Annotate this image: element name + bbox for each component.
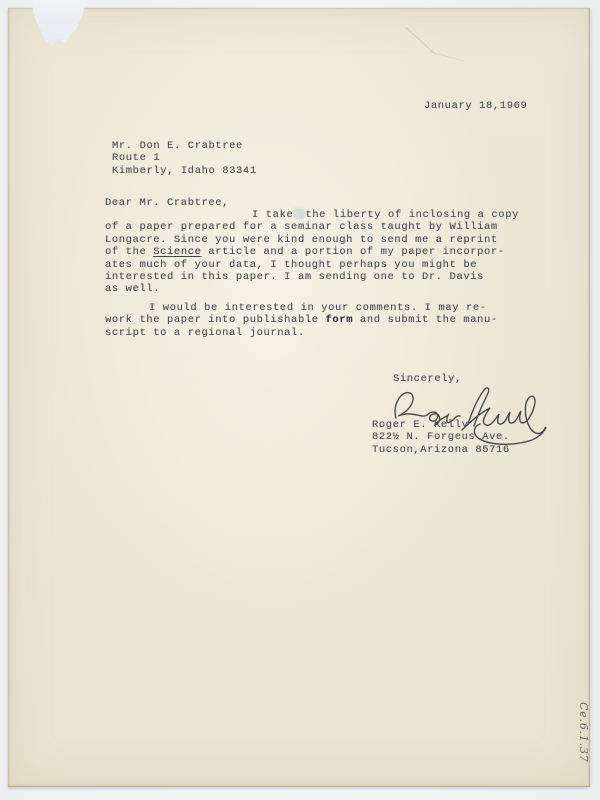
recipient-line: Route 1 — [112, 152, 257, 164]
recipient-address: Mr. Don E. Crabtree Route 1 Kimberly, Id… — [112, 140, 257, 177]
body-text: the liberty of inclosing a copy — [305, 209, 519, 221]
body-line: ates much of your data, I thought perhap… — [105, 259, 519, 271]
underlined-word-science: Science — [153, 246, 201, 258]
erasure-smudge — [294, 209, 304, 218]
recipient-line: Kimberly, Idaho 83341 — [112, 165, 257, 177]
date-line: January 18,1969 — [424, 100, 527, 112]
body-line: as well. — [105, 283, 519, 295]
salutation-text: Dear Mr. Crabtree, — [105, 197, 229, 209]
body-line: of the Science article and a portion of … — [105, 246, 519, 258]
signer-line: 822½ N. Forgeus Ave. — [372, 431, 510, 443]
body-text: of the — [105, 246, 153, 258]
body-line: I takethe liberty of inclosing a copy — [105, 209, 519, 221]
body-text: I take — [252, 209, 293, 221]
signer-line: Tucson,Arizona 85716 — [372, 444, 510, 456]
body-text: and submit the manu- — [353, 314, 498, 326]
date-text: January 18,1969 — [424, 100, 527, 112]
body-text: work the paper into publishable — [105, 314, 326, 326]
body-line: Longacre. Since you were kind enough to … — [105, 234, 519, 246]
body-paragraph-1: I takethe liberty of inclosing a copy of… — [105, 209, 519, 296]
body-line: script to a regional journal. — [105, 327, 498, 339]
signer-line: Roger E. Kelly — [372, 419, 510, 431]
catalog-number: Ce.6.1.37 — [577, 702, 590, 763]
body-line: work the paper into publishable form and… — [105, 314, 498, 326]
body-text: article and a portion of my paper incorp… — [202, 246, 505, 258]
body-line: of a paper prepared for a seminar class … — [105, 221, 519, 233]
body-line: interested in this paper. I am sending o… — [105, 271, 519, 283]
recipient-line: Mr. Don E. Crabtree — [112, 140, 257, 152]
letter-scan: January 18,1969 Mr. Don E. Crabtree Rout… — [0, 0, 600, 800]
overtyped-word-form: form — [326, 314, 354, 326]
body-line: I would be interested in your comments. … — [105, 302, 498, 314]
signature-block: Roger E. Kelly 822½ N. Forgeus Ave. Tucs… — [372, 419, 510, 456]
body-paragraph-2: I would be interested in your comments. … — [105, 302, 498, 339]
salutation: Dear Mr. Crabtree, — [105, 197, 229, 209]
